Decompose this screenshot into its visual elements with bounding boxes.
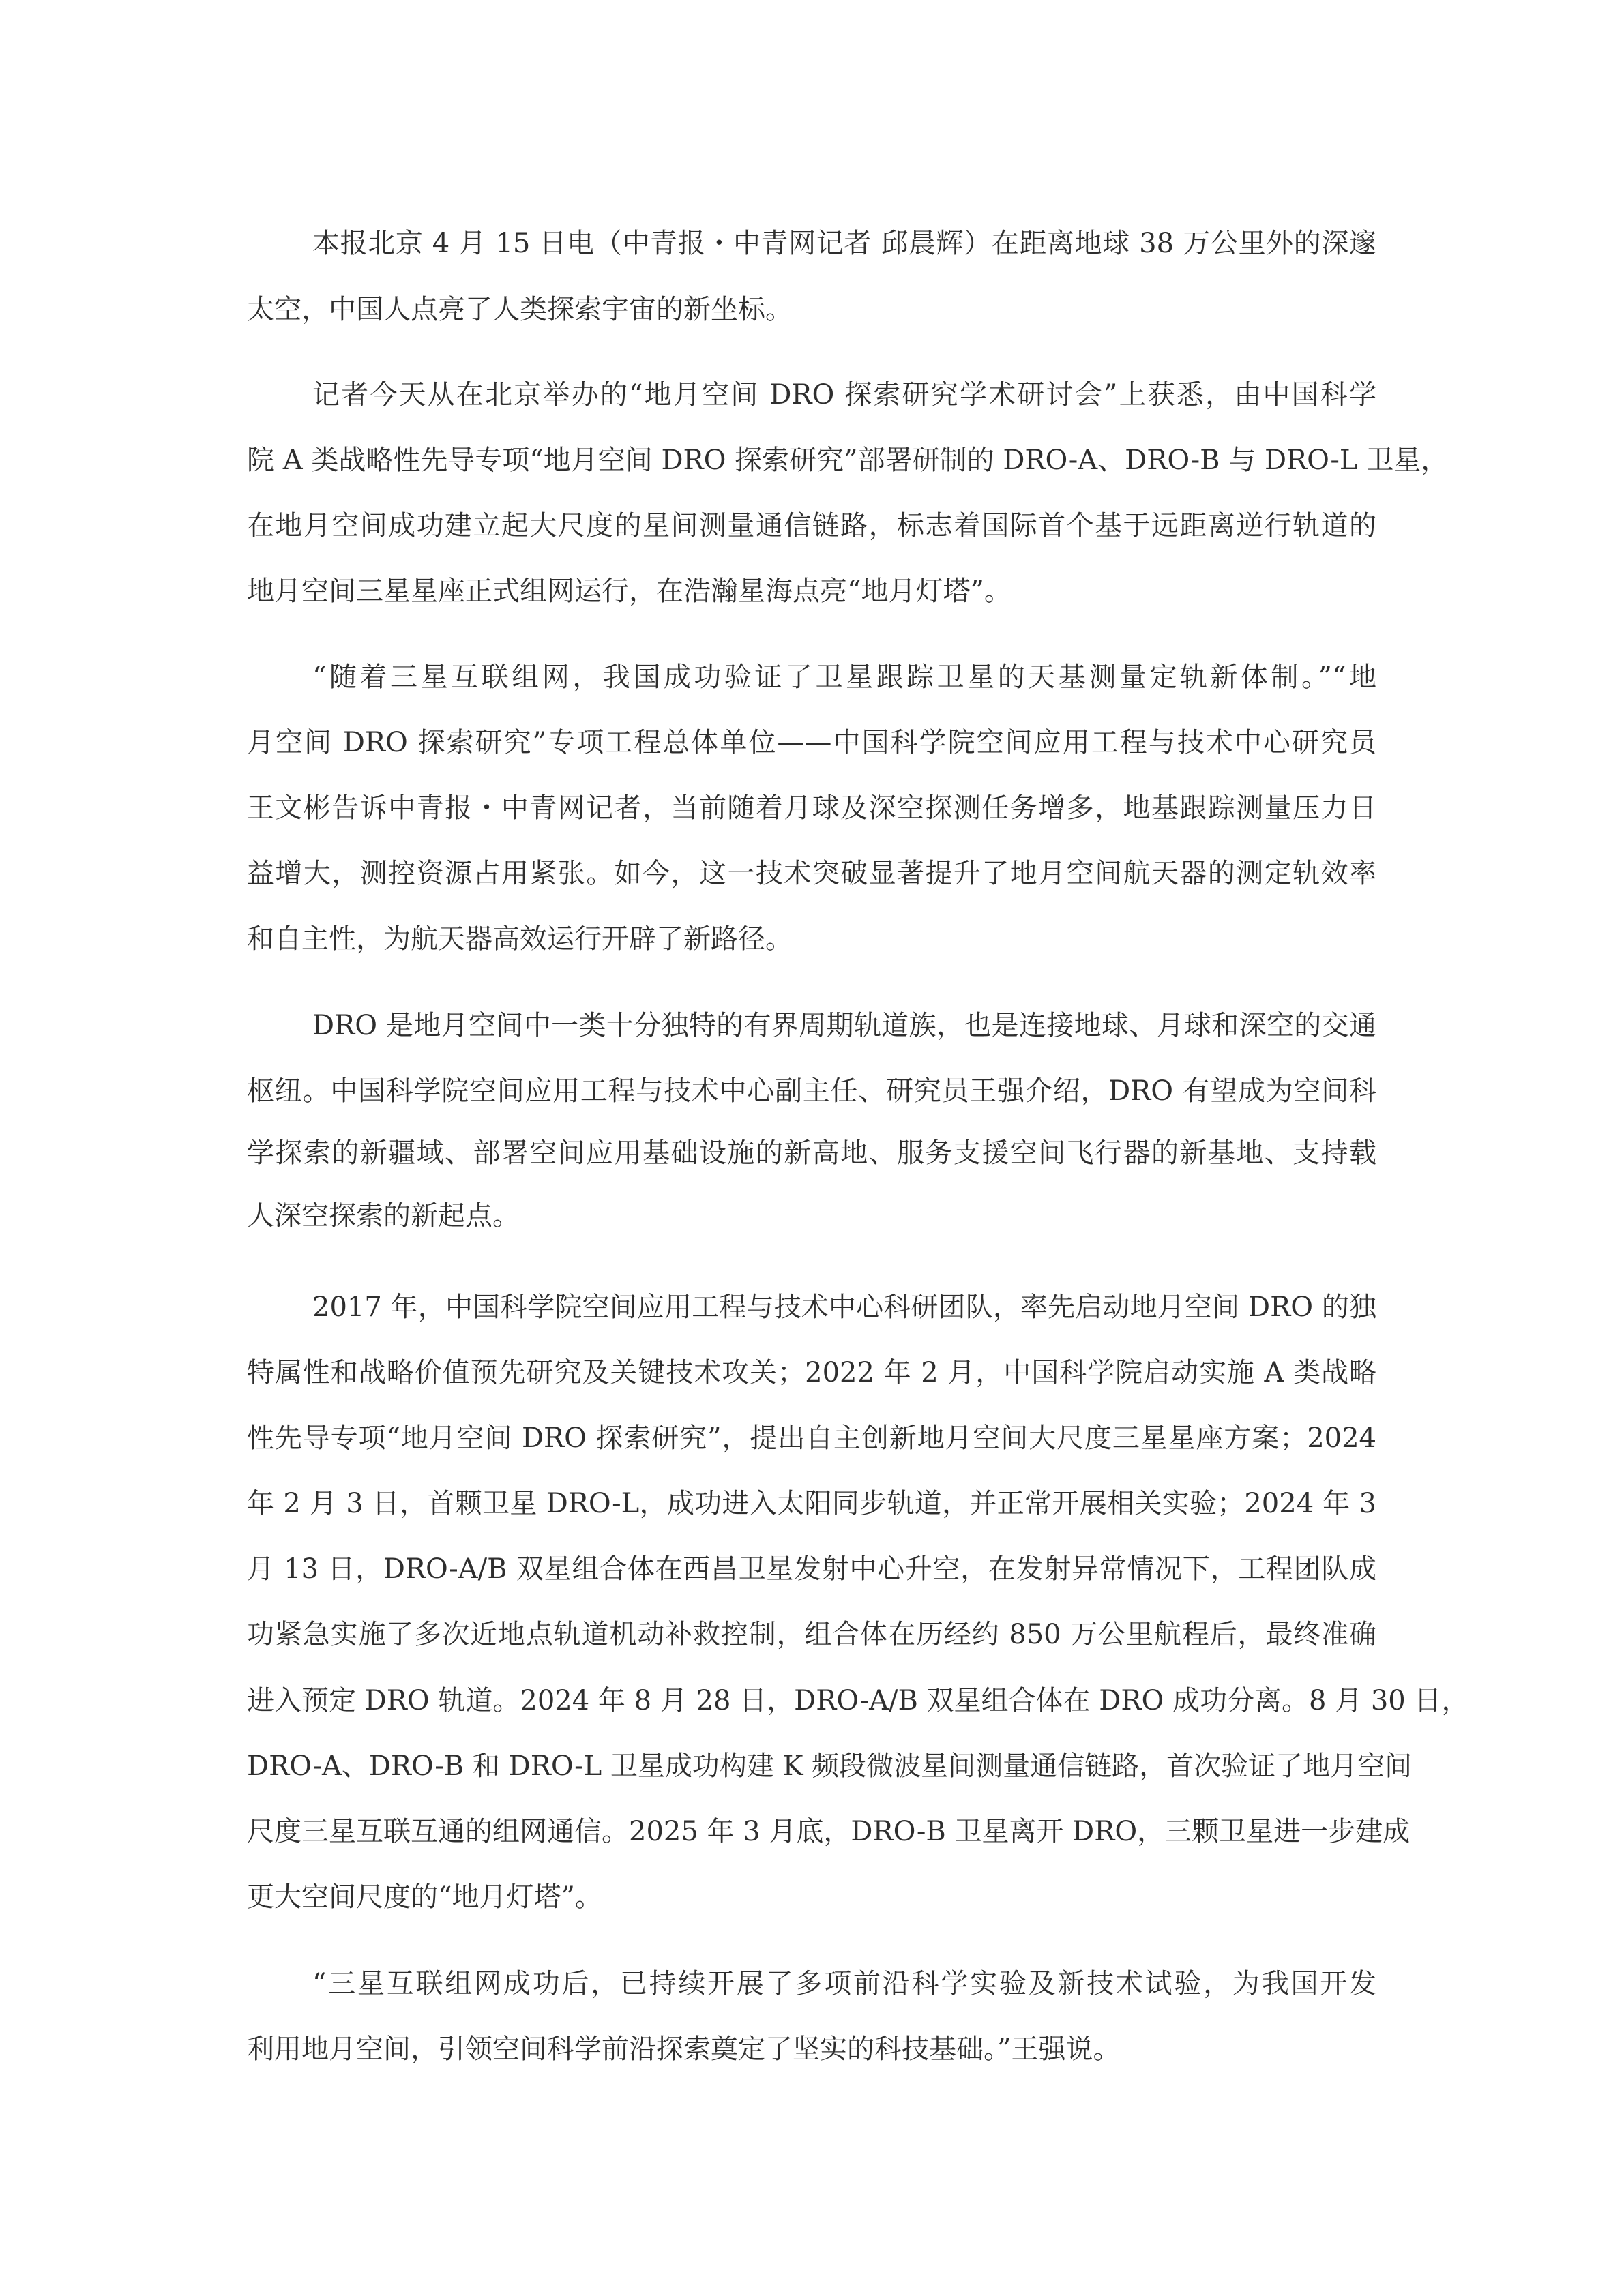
- paragraph-6-line-2: 利用地月空间，引领空间科学前沿探索奠定了坚实的科技基础。”王强说。: [247, 2029, 1376, 2070]
- paragraph-6-line-1: “三星互联组网成功后，已持续开展了多项前沿科学实验及新技术试验，为我国开发: [312, 1963, 1376, 2004]
- paragraph-5-line-4: 年 2 月 3 日，首颗卫星 DRO-L，成功进入太阳同步轨道，并正常开展相关实…: [247, 1483, 1376, 1524]
- paragraph-5-line-9: 尺度三星互联互通的组网通信。2025 年 3 月底，DRO-B 卫星离开 DRO…: [247, 1811, 1376, 1852]
- paragraph-3-line-4: 益增大，测控资源占用紧张。如今，这一技术突破显著提升了地月空间航天器的测定轨效率: [247, 853, 1376, 894]
- paragraph-5-line-10: 更大空间尺度的“地月灯塔”。: [247, 1877, 1376, 1918]
- paragraph-4-line-2: 枢纽。中国科学院空间应用工程与技术中心副主任、研究员王强介绍，DRO 有望成为空…: [247, 1071, 1376, 1112]
- paragraph-5-line-8: DRO-A、DRO-B 和 DRO-L 卫星成功构建 K 频段微波星间测量通信链…: [247, 1746, 1376, 1787]
- paragraph-4-line-3: 学探索的新疆域、部署空间应用基础设施的新高地、服务支援空间飞行器的新基地、支持载: [247, 1133, 1376, 1174]
- paragraph-1-line-1: 本报北京 4 月 15 日电（中青报・中青网记者 邱晨辉）在距离地球 38 万公…: [312, 223, 1376, 264]
- paragraph-3-line-1: “随着三星互联组网，我国成功验证了卫星跟踪卫星的天基测量定轨新体制。”“地: [312, 657, 1376, 698]
- paragraph-2-line-3: 在地月空间成功建立起大尺度的星间测量通信链路，标志着国际首个基于远距离逆行轨道的: [247, 505, 1376, 546]
- paragraph-5-line-7: 进入预定 DRO 轨道。2024 年 8 月 28 日，DRO-A/B 双星组合…: [247, 1680, 1376, 1721]
- paragraph-5-line-2: 特属性和战略价值预先研究及关键技术攻关；2022 年 2 月，中国科学院启动实施…: [247, 1352, 1376, 1393]
- paragraph-5-line-6: 功紧急实施了多次近地点轨道机动补救控制，组合体在历经约 850 万公里航程后，最…: [247, 1614, 1376, 1655]
- paragraph-2-line-4: 地月空间三星星座正式组网运行，在浩瀚星海点亮“地月灯塔”。: [247, 571, 1376, 612]
- paragraph-5-line-1: 2017 年，中国科学院空间应用工程与技术中心科研团队，率先启动地月空间 DRO…: [312, 1287, 1376, 1328]
- paragraph-2-line-1: 记者今天从在北京举办的“地月空间 DRO 探索研究学术研讨会”上获悉，由中国科学: [312, 374, 1376, 415]
- paragraph-4-line-4: 人深空探索的新起点。: [247, 1195, 1376, 1236]
- paragraph-3-line-5: 和自主性，为航天器高效运行开辟了新路径。: [247, 919, 1376, 959]
- paragraph-3-line-2: 月空间 DRO 探索研究”专项工程总体单位——中国科学院空间应用工程与技术中心研…: [247, 722, 1376, 763]
- paragraph-1-line-2: 太空，中国人点亮了人类探索宇宙的新坐标。: [247, 289, 1376, 330]
- paragraph-5-line-5: 月 13 日，DRO-A/B 双星组合体在西昌卫星发射中心升空，在发射异常情况下…: [247, 1549, 1376, 1590]
- paragraph-4-line-1: DRO 是地月空间中一类十分独特的有界周期轨道族，也是连接地球、月球和深空的交通: [312, 1005, 1376, 1046]
- paragraph-2-line-2: 院 A 类战略性先导专项“地月空间 DRO 探索研究”部署研制的 DRO-A、D…: [247, 440, 1376, 481]
- paragraph-3-line-3: 王文彬告诉中青报・中青网记者，当前随着月球及深空探测任务增多，地基跟踪测量压力日: [247, 788, 1376, 829]
- paragraph-5-line-3: 性先导专项“地月空间 DRO 探索研究”，提出自主创新地月空间大尺度三星星座方案…: [247, 1418, 1376, 1459]
- document-page: 本报北京 4 月 15 日电（中青报・中青网记者 邱晨辉）在距离地球 38 万公…: [0, 0, 1624, 2296]
